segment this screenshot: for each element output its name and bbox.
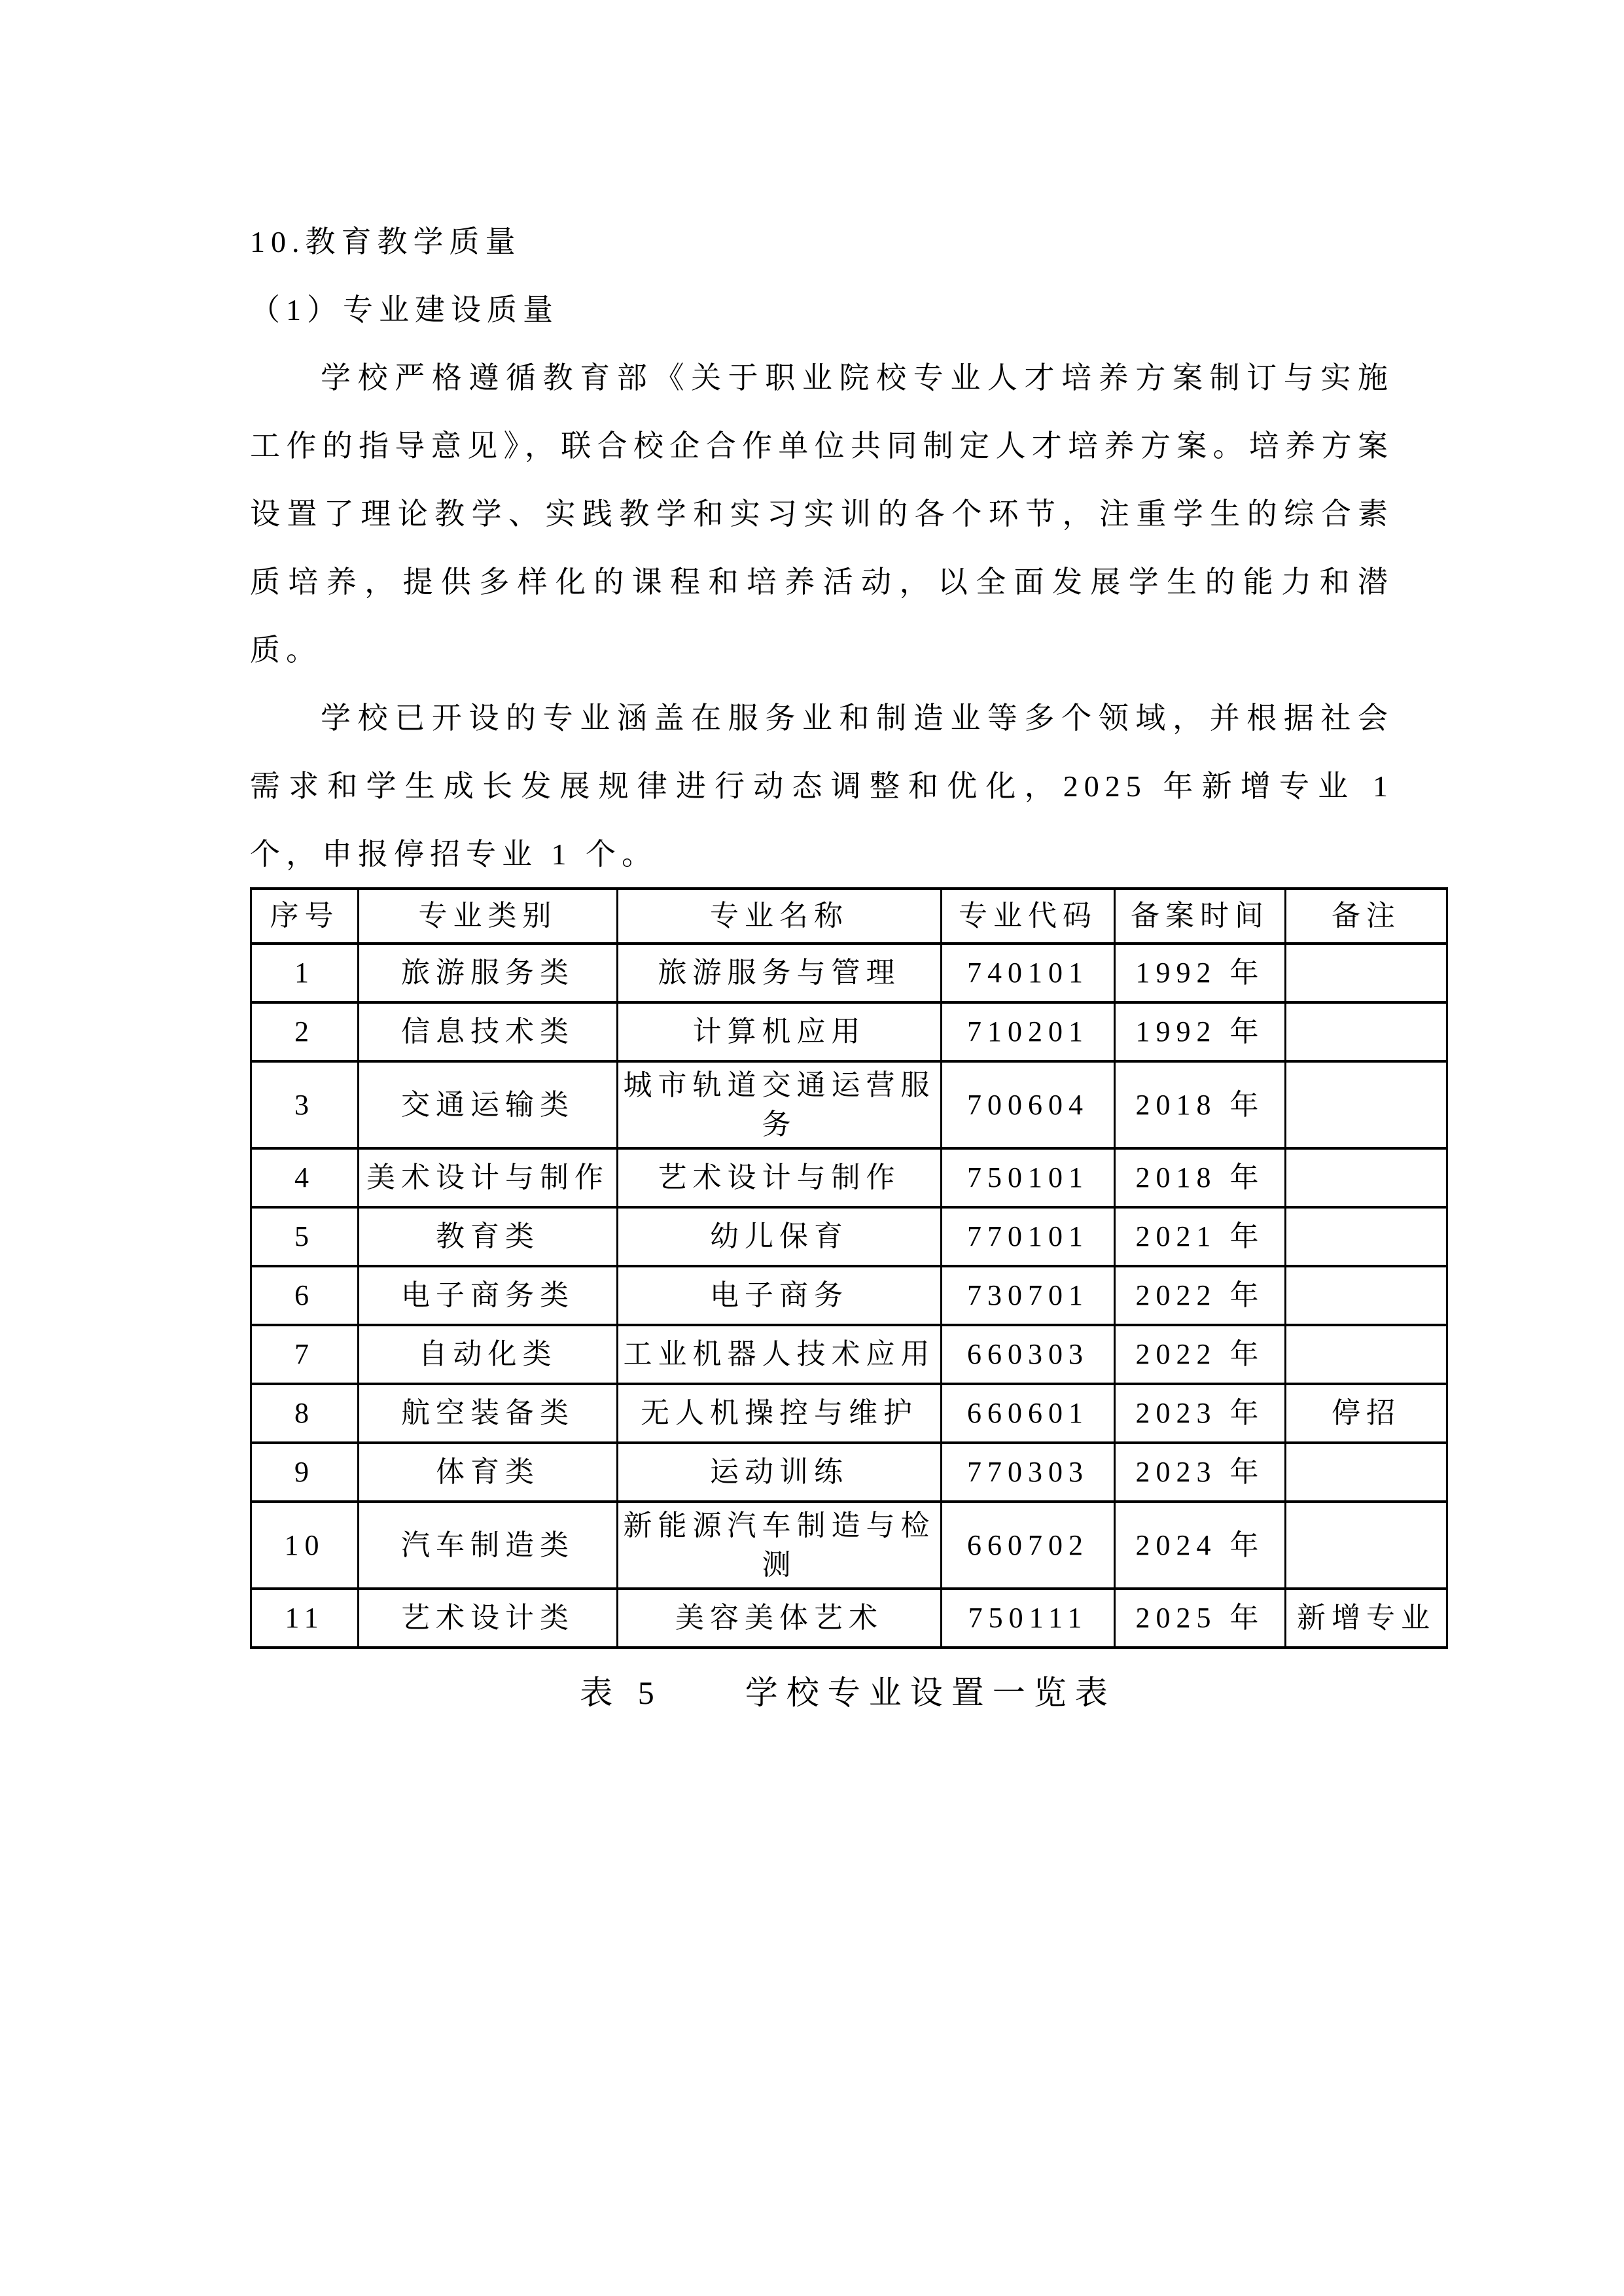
- cell-code: 660702: [942, 1502, 1115, 1589]
- header-cell-date: 备案时间: [1115, 889, 1286, 944]
- header-cell-index: 序号: [251, 889, 359, 944]
- table-row: 1 旅游服务类 旅游服务与管理 740101 1992 年: [251, 944, 1447, 1002]
- header-cell-major: 专业名称: [618, 889, 942, 944]
- table-row: 9 体育类 运动训练 770303 2023 年: [251, 1443, 1447, 1502]
- cell-date: 2022 年: [1115, 1325, 1286, 1384]
- cell-date: 2023 年: [1115, 1384, 1286, 1443]
- cell-major: 计算机应用: [618, 1002, 942, 1061]
- header-cell-code: 专业代码: [942, 889, 1115, 944]
- header-cell-note: 备注: [1286, 889, 1447, 944]
- cell-note: [1286, 1002, 1447, 1061]
- cell-major: 工业机器人技术应用: [618, 1325, 942, 1384]
- table-row: 8 航空装备类 无人机操控与维护 660601 2023 年 停招: [251, 1384, 1447, 1443]
- cell-category: 汽车制造类: [359, 1502, 618, 1589]
- cell-index: 2: [251, 1002, 359, 1061]
- cell-code: 730701: [942, 1266, 1115, 1325]
- cell-code: 770303: [942, 1443, 1115, 1502]
- cell-code: 660303: [942, 1325, 1115, 1384]
- table-row: 11 艺术设计类 美容美体艺术 750111 2025 年 新增专业: [251, 1589, 1447, 1648]
- cell-category: 艺术设计类: [359, 1589, 618, 1648]
- cell-index: 8: [251, 1384, 359, 1443]
- cell-note: [1286, 1207, 1447, 1266]
- cell-category: 信息技术类: [359, 1002, 618, 1061]
- cell-index: 5: [251, 1207, 359, 1266]
- paragraph-training-plan: 学校严格遵循教育部《关于职业院校专业人才培养方案制订与实施工作的指导意见》，联合…: [250, 344, 1394, 684]
- cell-date: 2024 年: [1115, 1502, 1286, 1589]
- cell-code: 750111: [942, 1589, 1115, 1648]
- cell-code: 700604: [942, 1061, 1115, 1148]
- cell-date: 1992 年: [1115, 944, 1286, 1002]
- table-header-row: 序号 专业类别 专业名称 专业代码 备案时间 备注: [251, 889, 1447, 944]
- cell-code: 660601: [942, 1384, 1115, 1443]
- cell-major: 无人机操控与维护: [618, 1384, 942, 1443]
- table-row: 3 交通运输类 城市轨道交通运营服务 700604 2018 年: [251, 1061, 1447, 1148]
- document-page: 10.教育教学质量 （1）专业建设质量 学校严格遵循教育部《关于职业院校专业人才…: [0, 0, 1624, 2296]
- table-row: 2 信息技术类 计算机应用 710201 1992 年: [251, 1002, 1447, 1061]
- cell-code: 710201: [942, 1002, 1115, 1061]
- cell-date: 2018 年: [1115, 1148, 1286, 1207]
- cell-code: 750101: [942, 1148, 1115, 1207]
- cell-major: 新能源汽车制造与检测: [618, 1502, 942, 1589]
- cell-index: 11: [251, 1589, 359, 1648]
- table-row: 7 自动化类 工业机器人技术应用 660303 2022 年: [251, 1325, 1447, 1384]
- cell-date: 2018 年: [1115, 1061, 1286, 1148]
- cell-category: 美术设计与制作: [359, 1148, 618, 1207]
- subsection-heading: （1）专业建设质量: [250, 276, 1394, 344]
- cell-date: 1992 年: [1115, 1002, 1286, 1061]
- cell-note: [1286, 1502, 1447, 1589]
- cell-index: 7: [251, 1325, 359, 1384]
- cell-major: 运动训练: [618, 1443, 942, 1502]
- document-content: 10.教育教学质量 （1）专业建设质量 学校严格遵循教育部《关于职业院校专业人才…: [250, 208, 1447, 1716]
- cell-index: 4: [251, 1148, 359, 1207]
- table-row: 6 电子商务类 电子商务 730701 2022 年: [251, 1266, 1447, 1325]
- cell-note: 新增专业: [1286, 1589, 1447, 1648]
- table-row: 10 汽车制造类 新能源汽车制造与检测 660702 2024 年: [251, 1502, 1447, 1589]
- cell-note: 停招: [1286, 1384, 1447, 1443]
- cell-note: [1286, 944, 1447, 1002]
- cell-category: 体育类: [359, 1443, 618, 1502]
- cell-note: [1286, 1148, 1447, 1207]
- cell-note: [1286, 1266, 1447, 1325]
- cell-index: 6: [251, 1266, 359, 1325]
- cell-major: 旅游服务与管理: [618, 944, 942, 1002]
- cell-date: 2025 年: [1115, 1589, 1286, 1648]
- section-heading: 10.教育教学质量: [250, 208, 1394, 276]
- cell-note: [1286, 1325, 1447, 1384]
- cell-note: [1286, 1061, 1447, 1148]
- cell-index: 1: [251, 944, 359, 1002]
- cell-index: 3: [251, 1061, 359, 1148]
- cell-category: 教育类: [359, 1207, 618, 1266]
- cell-category: 交通运输类: [359, 1061, 618, 1148]
- table-row: 5 教育类 幼儿保育 770101 2021 年: [251, 1207, 1447, 1266]
- cell-major: 城市轨道交通运营服务: [618, 1061, 942, 1148]
- cell-code: 740101: [942, 944, 1115, 1002]
- cell-major: 美容美体艺术: [618, 1589, 942, 1648]
- header-cell-category: 专业类别: [359, 889, 618, 944]
- majors-table: 序号 专业类别 专业名称 专业代码 备案时间 备注 1 旅游服务类 旅游服务与管…: [250, 887, 1448, 1649]
- table-caption: 表 5 学校专业设置一览表: [250, 1670, 1446, 1716]
- cell-date: 2023 年: [1115, 1443, 1286, 1502]
- cell-major: 艺术设计与制作: [618, 1148, 942, 1207]
- cell-major: 电子商务: [618, 1266, 942, 1325]
- cell-date: 2021 年: [1115, 1207, 1286, 1266]
- cell-index: 9: [251, 1443, 359, 1502]
- cell-category: 航空装备类: [359, 1384, 618, 1443]
- cell-category: 自动化类: [359, 1325, 618, 1384]
- cell-major: 幼儿保育: [618, 1207, 942, 1266]
- cell-category: 旅游服务类: [359, 944, 618, 1002]
- paragraph-majors-overview: 学校已开设的专业涵盖在服务业和制造业等多个领域，并根据社会需求和学生成长发展规律…: [250, 684, 1394, 889]
- cell-code: 770101: [942, 1207, 1115, 1266]
- cell-category: 电子商务类: [359, 1266, 618, 1325]
- table-row: 4 美术设计与制作 艺术设计与制作 750101 2018 年: [251, 1148, 1447, 1207]
- cell-date: 2022 年: [1115, 1266, 1286, 1325]
- cell-note: [1286, 1443, 1447, 1502]
- cell-index: 10: [251, 1502, 359, 1589]
